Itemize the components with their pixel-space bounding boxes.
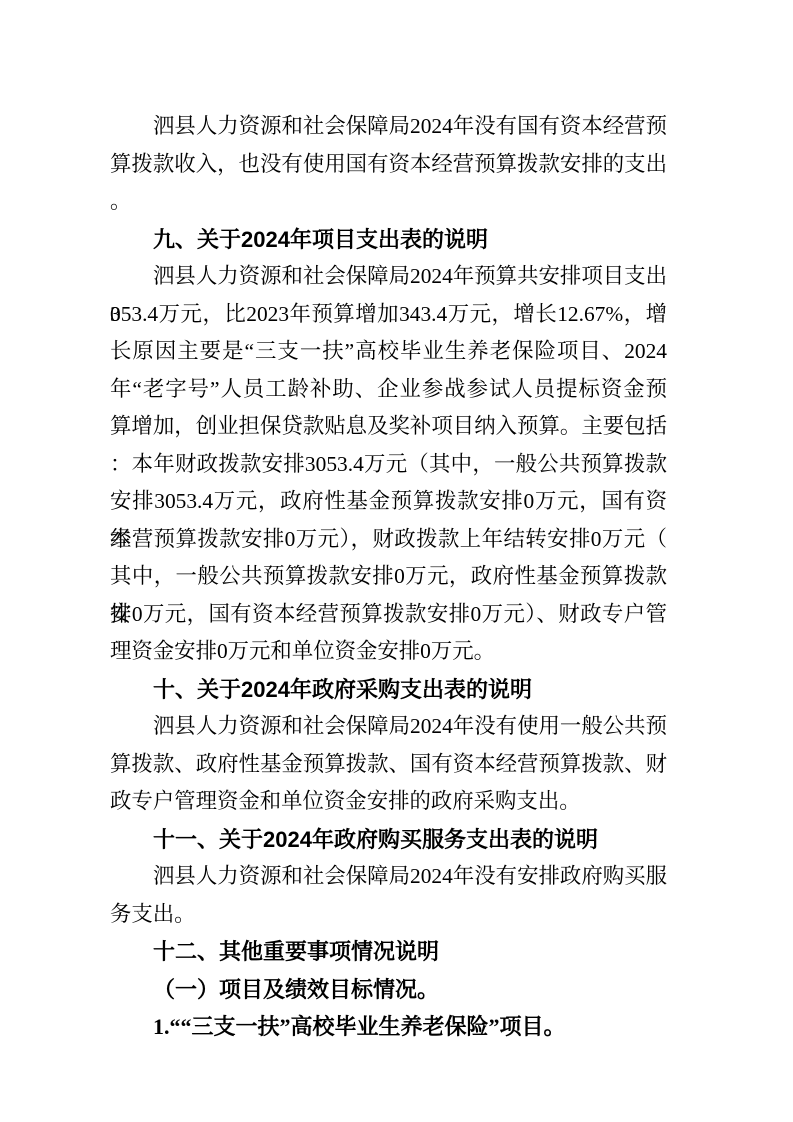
body-text-line: 经营预算拨款安排0万元），财政拨款上年结转安排0万元（	[110, 521, 667, 559]
body-text-line: 泗县人力资源和社会保障局2024年预算共安排项目支出3	[110, 258, 667, 296]
document-page: 泗县人力资源和社会保障局2024年没有国有资本经营预算拨款收入，也没有使用国有资…	[0, 0, 793, 1122]
document-body: 泗县人力资源和社会保障局2024年没有国有资本经营预算拨款收入，也没有使用国有资…	[110, 108, 667, 1046]
body-text-line: 。	[110, 183, 667, 221]
body-text-line: 053.4万元，比2023年预算增加343.4万元，增长12.67%，增	[110, 296, 667, 334]
body-text-line: 安排3053.4万元，政府性基金预算拨款安排0万元，国有资本	[110, 483, 667, 521]
body-text-line: ：本年财政拨款安排3053.4万元（其中，一般公共预算拨款	[110, 446, 667, 484]
section-heading: 十二、其他重要事项情况说明	[110, 933, 667, 971]
body-text-line: 政专户管理资金和单位资金安排的政府采购支出。	[110, 783, 667, 821]
body-text-line: 算增加，创业担保贷款贴息及奖补项目纳入预算。主要包括	[110, 408, 667, 446]
body-text-line: 算拨款、政府性基金预算拨款、国有资本经营预算拨款、财	[110, 746, 667, 784]
subsection-heading: 1.““三支一扶”高校毕业生养老保险”项目。	[110, 1008, 667, 1046]
body-text-line: 泗县人力资源和社会保障局2024年没有安排政府购买服	[110, 858, 667, 896]
body-text-line: 其中，一般公共预算拨款安排0万元，政府性基金预算拨款安	[110, 558, 667, 596]
subsection-heading: （一）项目及绩效目标情况。	[110, 971, 667, 1009]
section-heading: 九、关于2024年项目支出表的说明	[110, 221, 667, 259]
body-text-line: 泗县人力资源和社会保障局2024年没有使用一般公共预	[110, 708, 667, 746]
body-text-line: 务支出。	[110, 896, 667, 934]
body-text-line: 理资金安排0万元和单位资金安排0万元。	[110, 633, 667, 671]
section-heading: 十一、关于2024年政府购买服务支出表的说明	[110, 821, 667, 859]
body-text-line: 年“老字号”人员工龄补助、企业参战参试人员提标资金预	[110, 371, 667, 409]
section-heading: 十、关于2024年政府采购支出表的说明	[110, 671, 667, 709]
body-text-line: 算拨款收入，也没有使用国有资本经营预算拨款安排的支出	[110, 146, 667, 184]
body-text-line: 长原因主要是“三支一扶”高校毕业生养老保险项目、2024	[110, 333, 667, 371]
body-text-line: 泗县人力资源和社会保障局2024年没有国有资本经营预	[110, 108, 667, 146]
body-text-line: 排0万元，国有资本经营预算拨款安排0万元）、财政专户管	[110, 596, 667, 634]
